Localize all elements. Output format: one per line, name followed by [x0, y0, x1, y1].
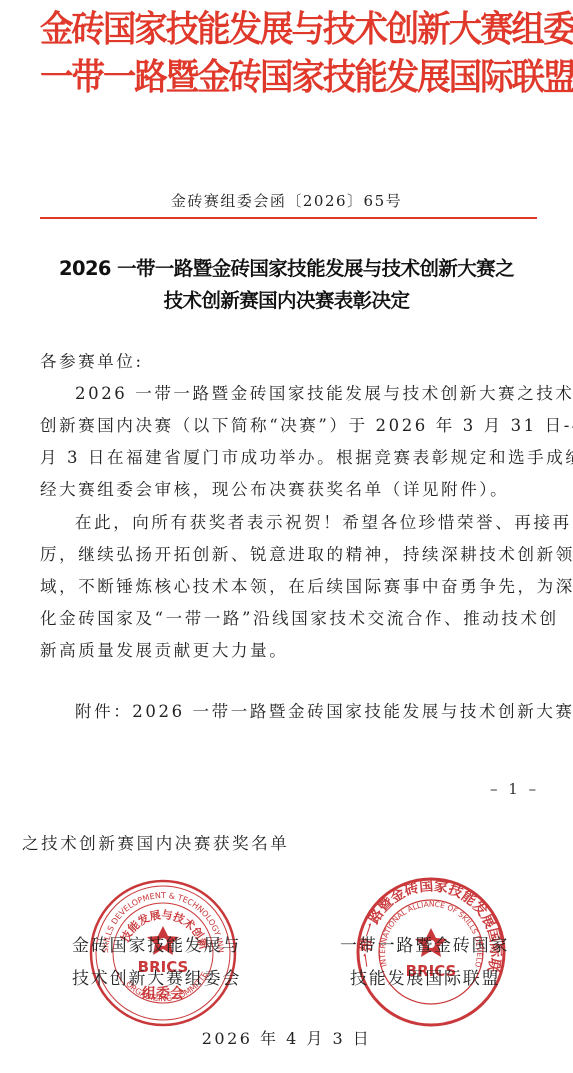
issue-date: 2026 年 4 月 3 日 [0, 1026, 573, 1049]
document-number: 金砖赛组委会函〔2026〕65号 [0, 190, 573, 211]
document-title-line-1: 2026 一带一路暨金砖国家技能发展与技术创新大赛之 [0, 253, 573, 285]
paragraph-line: 新高质量发展贡献更大力量。 [40, 635, 573, 667]
attachment-line-2: 之技术创新赛国内决赛获奖名单 [22, 828, 289, 860]
paragraph-line: 在此，向所有获奖者表示祝贺！希望各位珍惜荣誉、再接再 [40, 507, 573, 539]
paragraph-line: 月 3 日在福建省厦门市成功举办。根据竞赛表彰规定和选手成绩， [40, 442, 573, 474]
paragraph-line: 域，不断锤炼核心技术本领，在后续国际赛事中奋勇争先，为深 [40, 571, 573, 603]
paragraph-2: 在此，向所有获奖者表示祝贺！希望各位珍惜荣誉、再接再 厉，继续弘扬开拓创新、锐意… [40, 507, 573, 667]
page-number: – 1 – [490, 780, 539, 798]
document-title-line-2: 技术创新赛国内决赛表彰决定 [0, 285, 573, 317]
paragraph-line: 化金砖国家及“一带一路”沿线国家技术交流合作、推动技术创 [40, 603, 573, 635]
paragraph-line: 2026 一带一路暨金砖国家技能发展与技术创新大赛之技术 [40, 378, 573, 410]
red-divider [40, 217, 537, 219]
signature-left-line-2: 技术创新大赛组委会 [72, 963, 241, 996]
paragraph-line: 厉，继续弘扬开拓创新、锐意进取的精神，持续深耕技术创新领 [40, 539, 573, 571]
signature-right-line-1: 一带一路暨金砖国家 [340, 930, 509, 963]
signature-left-line-1: 金砖国家技能发展与 [72, 930, 241, 963]
attachment-line-1: 附件：2026 一带一路暨金砖国家技能发展与技术创新大赛 [75, 696, 573, 728]
salutation: 各参赛单位: [40, 346, 144, 378]
issuer-line-2: 一带一路暨金砖国家技能发展国际联盟 [40, 56, 573, 100]
paragraph-line: 创新赛国内决赛（以下简称“决赛”）于 2026 年 3 月 31 日-4 [40, 410, 573, 442]
issuer-line-1: 金砖国家技能发展与技术创新大赛组委会 [40, 8, 573, 52]
paragraph-line: 经大赛组委会审核，现公布决赛获奖名单（详见附件）。 [40, 474, 573, 506]
signature-right-line-2: 技能发展国际联盟 [350, 963, 500, 996]
paragraph-1: 2026 一带一路暨金砖国家技能发展与技术创新大赛之技术 创新赛国内决赛（以下简… [40, 378, 573, 506]
